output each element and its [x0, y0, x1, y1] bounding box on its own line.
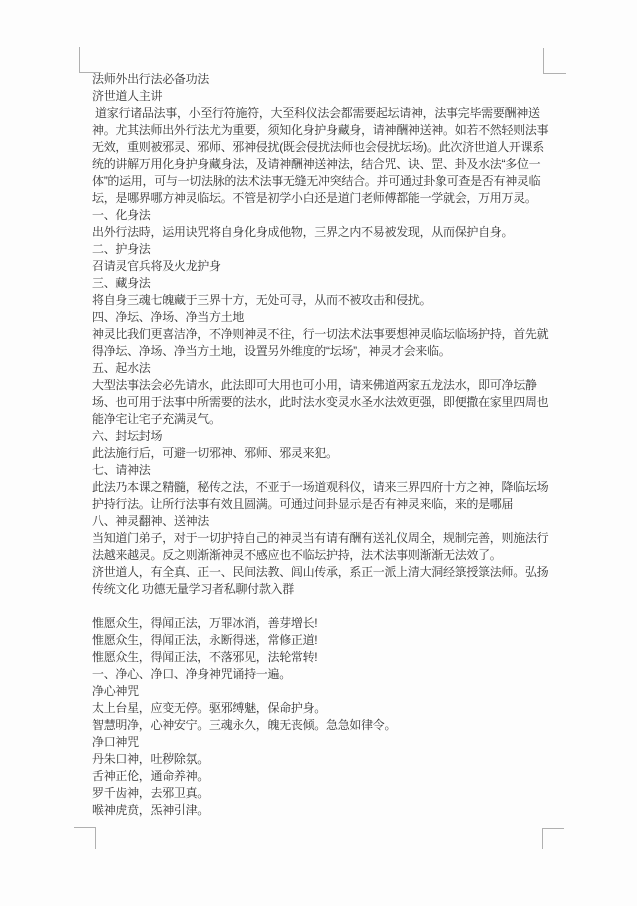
margin-crop-mark-bottom-right [542, 828, 564, 849]
text-line: 惟愿众生，得闻正法，永断得迷，常修正道! [92, 632, 554, 649]
text-line: 大型法事法会必先请水，此法即可大用也可小用，请来佛道两家五龙法水，即可净坛静 [92, 377, 554, 394]
doc-speaker: 济世道人主讲 [92, 88, 554, 105]
text-line: 罗千齿神，去邪卫真。 [92, 785, 554, 802]
text-line: 太上台星，应变无停。驱邪缚魅，保命护身。 [92, 700, 554, 717]
text-line: 神灵比我们更喜洁净，不净则神灵不往，行一切法术法事要想神灵临坛临场护持，首先就 [92, 326, 554, 343]
text-line: 出外行法時，运用诀咒将自身化身成他物，三界之内不易被发现，从而保护自身。 [92, 224, 554, 241]
text-line: 智慧明净，心神安宁。三魂永久，魄无丧倾。急急如律令。 [92, 717, 554, 734]
text-line [92, 598, 554, 615]
text-line: 法越来越灵。反之则渐渐神灵不感应也不临坛护持，法术法事则渐渐无法效了。 [92, 547, 554, 564]
text-line: 场、也可用于法事中所需要的法水，此时法水变灵水圣水法效更强，即便撒在家里四周也 [92, 394, 554, 411]
text-line: 此法施行后，可避一切邪神、邪师、邪灵来犯。 [92, 445, 554, 462]
text-line: 道家行诸品法事，小至行符施符，大至科仪法会都需要起坛请神，法事完毕需要酬神送 [92, 105, 554, 122]
text-line: 三、藏身法 [92, 275, 554, 292]
text-line: 体”的运用，可与一切法脉的法术法事无缝无冲突结合。并可通过卦象可查是否有神灵临 [92, 173, 554, 190]
margin-crop-mark-bottom-left [74, 827, 96, 849]
document-page[interactable]: 法师外出行法必备功法 济世道人主讲 道家行诸品法事，小至行符施符，大至科仪法会都… [92, 71, 554, 819]
text-line: 一、净心、净口、净身神咒诵持一遍。 [92, 666, 554, 683]
text-line: 七、请神法 [92, 462, 554, 479]
text-line: 护持行法。让所行法事有效且圆满。可通过问卦显示是否有神灵来临，来的是哪届 [92, 496, 554, 513]
text-line: 得净坛、净场、净当方土地，设置另外维度的“坛场”，神灵才会来临。 [92, 343, 554, 360]
text-line: 将自身三魂七魄藏于三界十方，无处可寻，从而不被攻击和侵扰。 [92, 292, 554, 309]
text-line: 净心神咒 [92, 683, 554, 700]
text-line: 无效，重则被邪灵、邪师、邪神侵扰(既会侵扰法师也会侵扰坛场)。此次济世道人开课系 [92, 139, 554, 156]
text-line: 喉神虎贲，炁神引津。 [92, 802, 554, 819]
text-line: 舌神正伦，通命养神。 [92, 768, 554, 785]
text-line: 二、护身法 [92, 241, 554, 258]
body-lines: 道家行诸品法事，小至行符施符，大至科仪法会都需要起坛请神，法事完毕需要酬神送神。… [92, 105, 554, 819]
text-line: 四、净坛、净场、净当方土地 [92, 309, 554, 326]
text-line: 惟愿众生，得闻正法，万罪冰消，善芽增长! [92, 615, 554, 632]
text-line: 当知道门弟子，对于一切护持自己的神灵当有请有酬有送礼仪周全，规制完善，则施法行 [92, 530, 554, 547]
text-line: 一、化身法 [92, 207, 554, 224]
text-line: 净口神咒 [92, 734, 554, 751]
margin-crop-mark-top-left [79, 47, 101, 73]
text-line: 传统文化 功德无量学习者私聊付款入群 [92, 581, 554, 598]
doc-title: 法师外出行法必备功法 [92, 71, 554, 88]
text-line: 此法乃本课之精髓，秘传之法，不亚于一场道观科仪，请来三界四府十方之神，降临坛场 [92, 479, 554, 496]
text-line: 能净宅让宅子充满灵气。 [92, 411, 554, 428]
text-line: 济世道人，有全真、正一、民间法教、闾山传承，系正一派上清大洞经箓授箓法师。弘扬 [92, 564, 554, 581]
text-line: 八、神灵翻神、送神法 [92, 513, 554, 530]
text-line: 神。尤其法师出外行法尤为重要，须知化身护身藏身，请神酬神送神。如若不然轻则法事 [92, 122, 554, 139]
text-line: 丹朱口神，吐秽除氛。 [92, 751, 554, 768]
text-line: 惟愿众生，得闻正法，不落邪见，法轮常转! [92, 649, 554, 666]
text-line: 召请灵官兵将及火龙护身 [92, 258, 554, 275]
text-line: 五、起水法 [92, 360, 554, 377]
text-line: 坛，是哪界哪方神灵临坛。不管是初学小白还是道门老师傅都能一学就会，万用万灵。 [92, 190, 554, 207]
text-line: 六、封坛封场 [92, 428, 554, 445]
text-line: 统的讲解万用化身护身藏身法，及请神酬神送神法，结合咒、诀、罡、卦及水法“多位一 [92, 156, 554, 173]
